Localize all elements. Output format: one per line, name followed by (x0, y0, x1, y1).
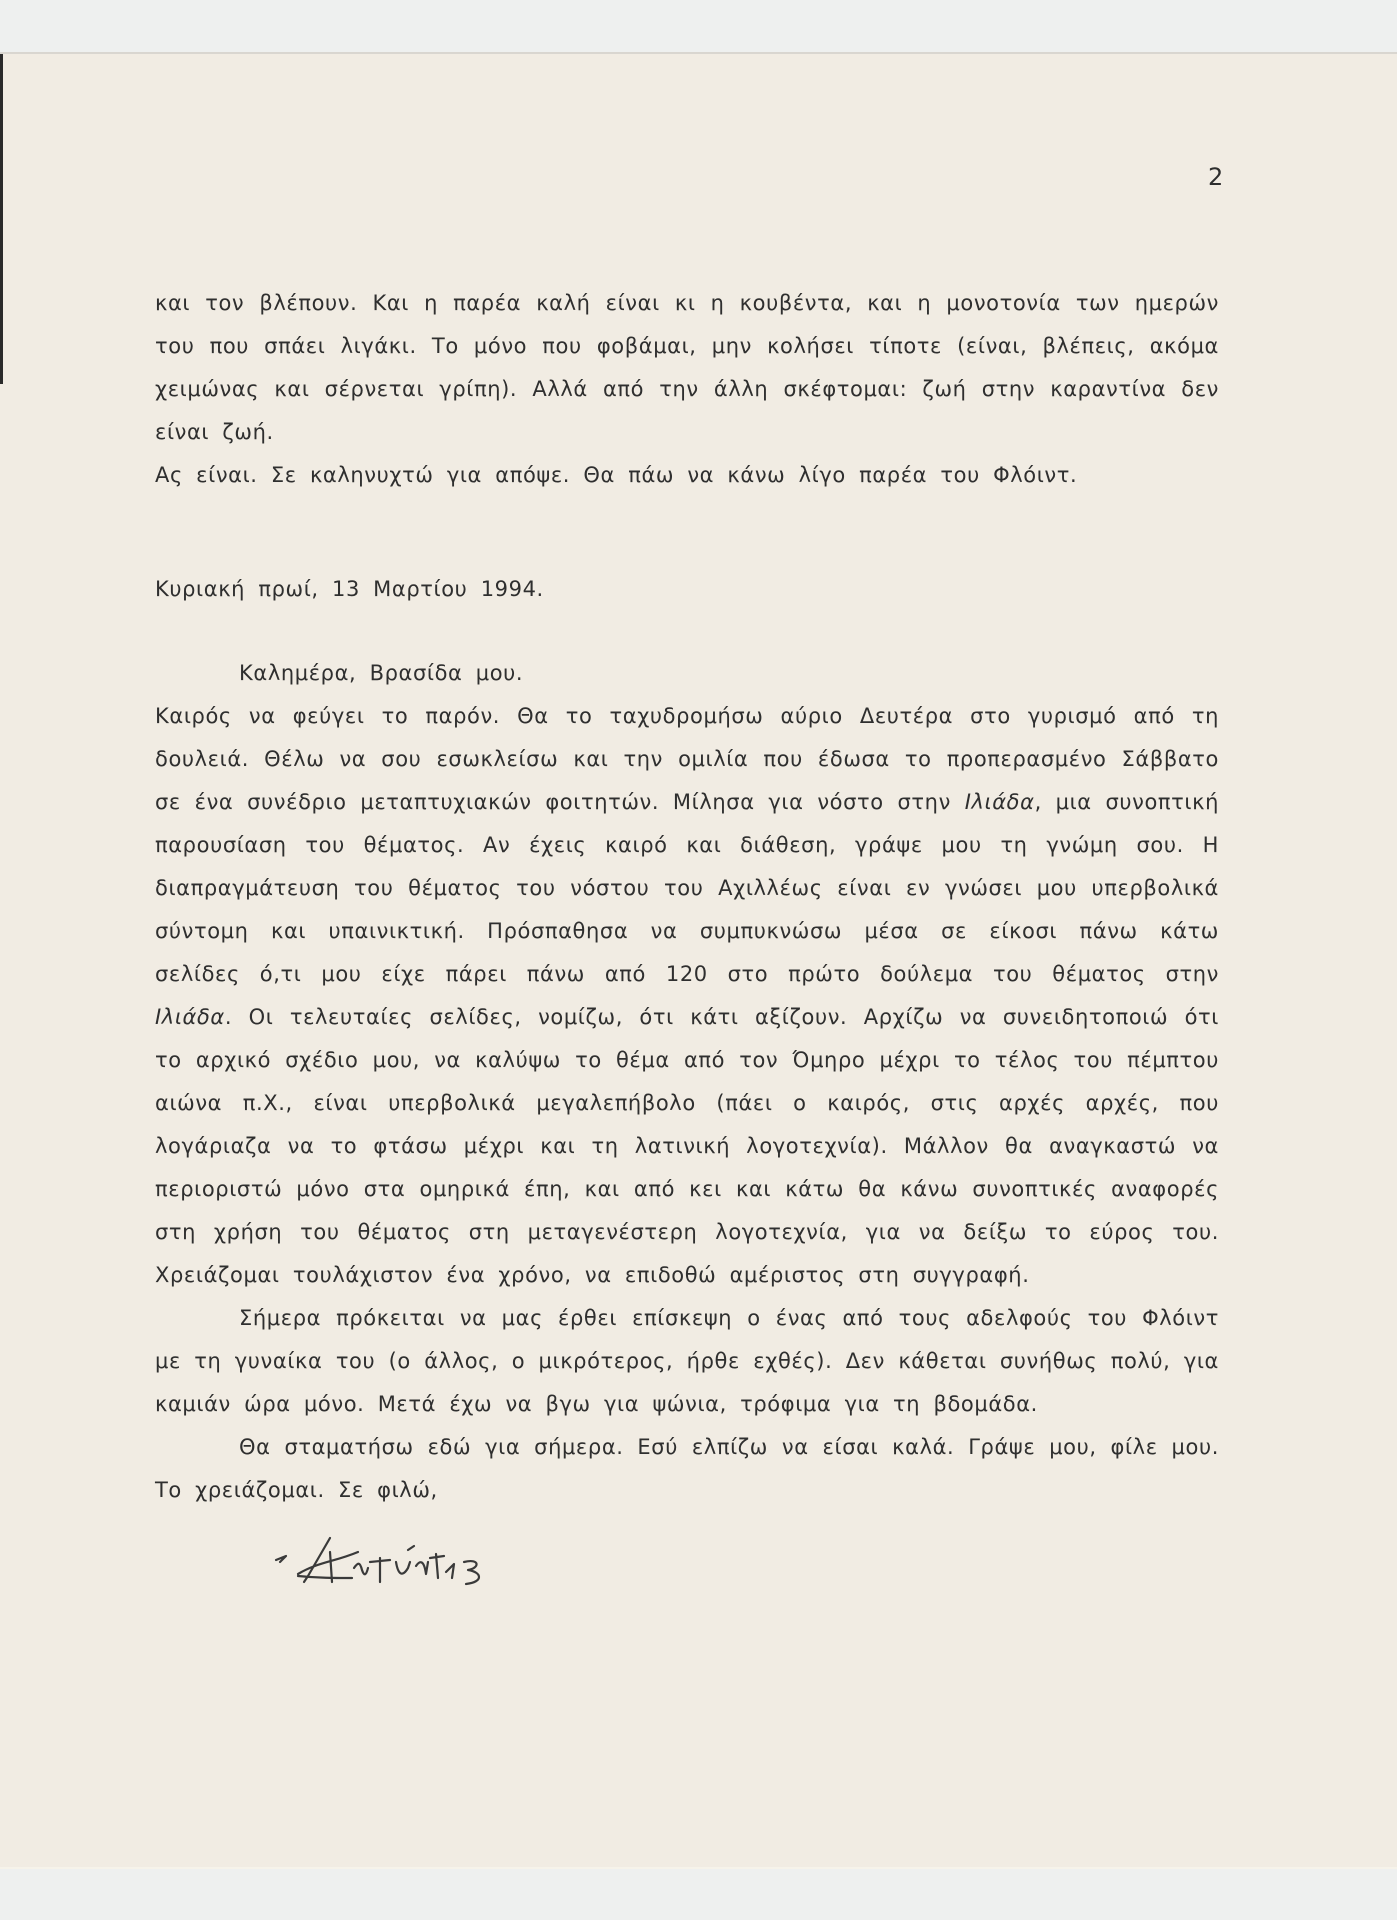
paragraph: Σήμερα πρόκειται να μας έρθει επίσκεψη ο… (155, 1297, 1219, 1426)
text-run: , μια συνοπτική παρουσίαση του θέματος. … (155, 790, 1219, 986)
date-line-block: Κυριακή πρωί, 13 Μαρτίου 1994. (155, 568, 1219, 611)
paragraph: Ας είναι. Σε καληνυχτώ για απόψε. Θα πάω… (155, 454, 1219, 497)
letter-continuation: και τον βλέπουν. Και η παρέα καλή είναι … (155, 282, 1219, 497)
text-run: . Οι τελευταίες σελίδες, νομίζω, ότι κάτ… (155, 1005, 1219, 1287)
paragraph: Θα σταματήσω εδώ για σήμερα. Εσύ ελπίζω … (155, 1426, 1219, 1512)
letter-body: Καλημέρα, Βρασίδα μου. Καιρός να φεύγει … (155, 652, 1219, 1512)
greeting: Καλημέρα, Βρασίδα μου. (155, 652, 1219, 695)
paragraph: και τον βλέπουν. Και η παρέα καλή είναι … (155, 282, 1219, 454)
page-number: 2 (1208, 163, 1223, 191)
scan-edge-shadow (0, 54, 3, 384)
handwritten-signature (268, 1532, 528, 1602)
book-title: Ιλιάδα (965, 790, 1035, 814)
book-title: Ιλιάδα (155, 1005, 225, 1029)
date-line: Κυριακή πρωί, 13 Μαρτίου 1994. (155, 568, 1219, 611)
signature-icon (268, 1532, 528, 1602)
paragraph: Καιρός να φεύγει το παρόν. Θα το ταχυδρο… (155, 695, 1219, 1297)
